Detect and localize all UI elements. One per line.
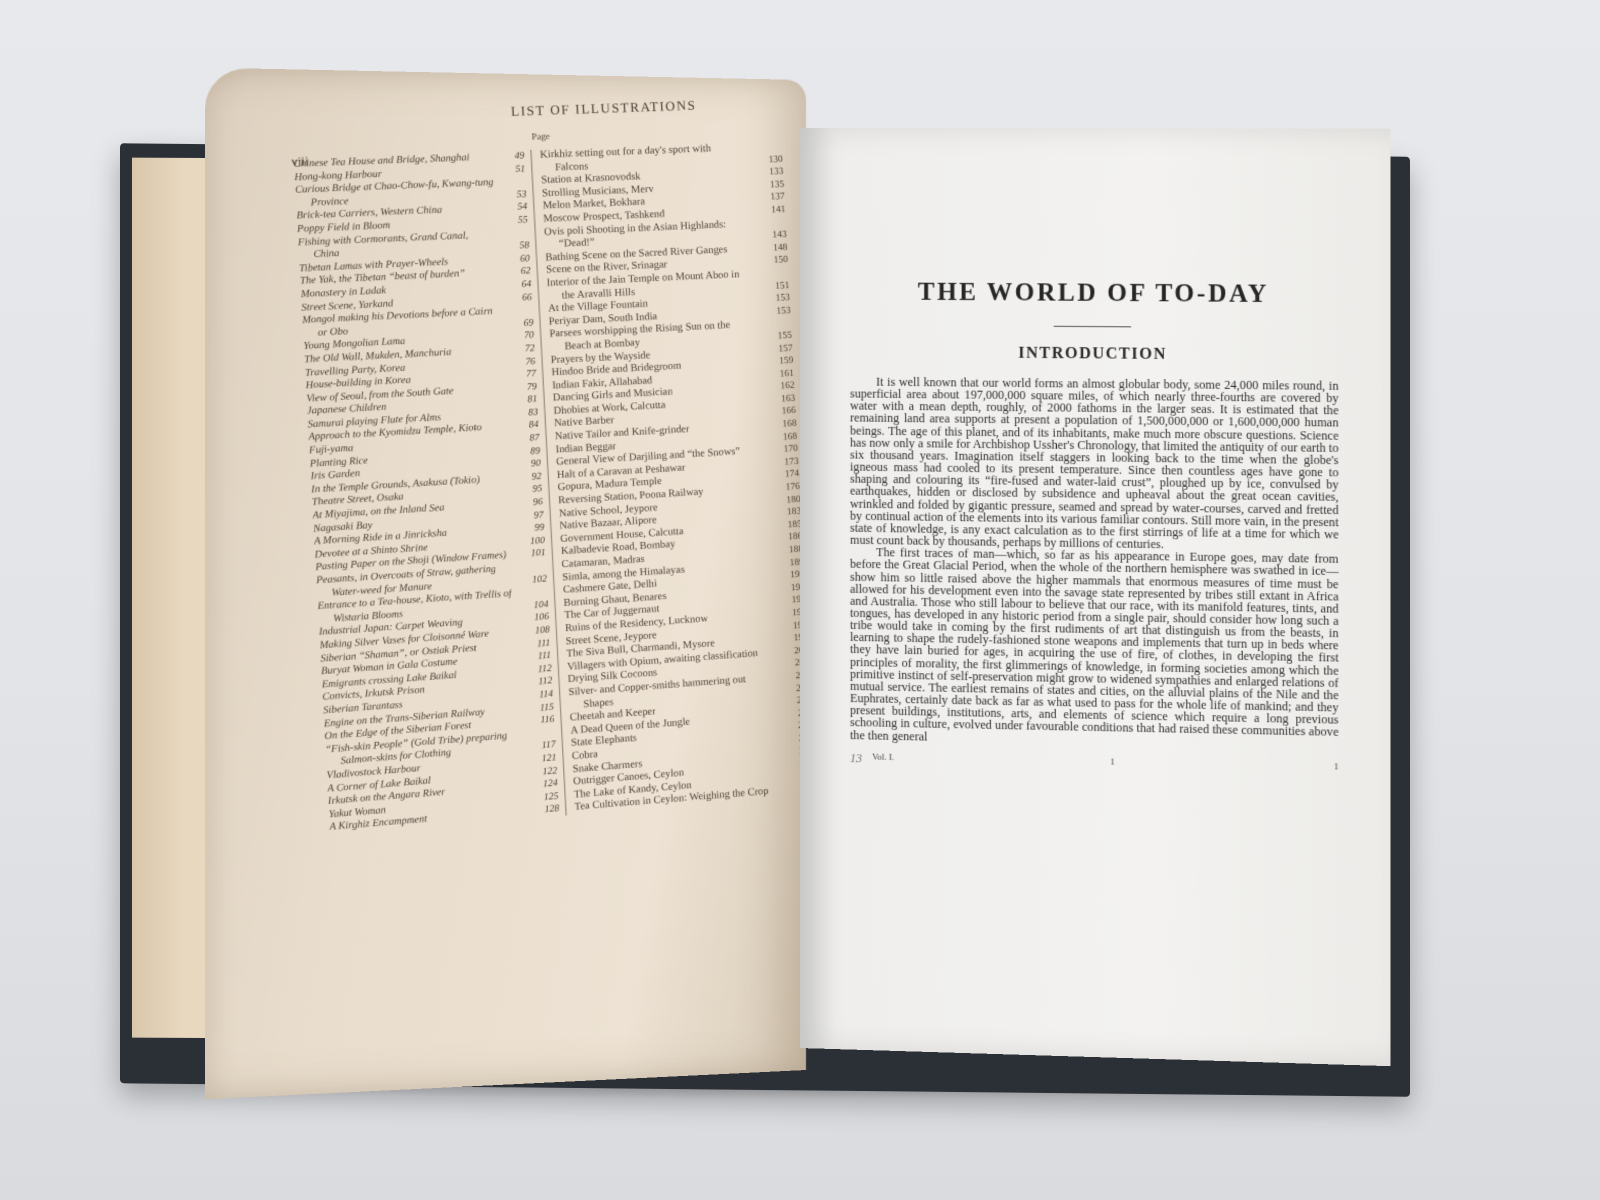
illustration-page: 141 [767, 204, 786, 217]
page-footer: 13 Vol. I. 1 1 [850, 751, 1339, 777]
illustration-page: 92 [527, 471, 542, 485]
illustration-page: 96 [529, 496, 544, 510]
illustration-page: 53 [512, 189, 527, 202]
illustration-page: 77 [522, 368, 537, 382]
illustration-page: 51 [511, 163, 526, 176]
illustrations-column-2: Kirkhiz setting out for a day's sport wi… [530, 141, 822, 816]
illustration-page: 99 [530, 522, 545, 536]
illustration-page: 90 [527, 458, 542, 472]
illustration-page: 49 [510, 150, 525, 163]
illustration-page: 84 [525, 419, 540, 433]
illustration-page: 155 [774, 330, 793, 344]
illustration-page: 163 [777, 393, 796, 407]
right-page: THE WORLD OF TO-DAY INTRODUCTION It is w… [800, 128, 1390, 1066]
illustration-page: 170 [779, 443, 798, 457]
paragraph: It is well known that our world forms an… [850, 375, 1339, 552]
illustration-page: 153 [772, 305, 791, 318]
illustration-page: 148 [769, 242, 788, 255]
illustration-page: 66 [518, 291, 533, 304]
illustration-page: 168 [779, 430, 798, 444]
illustration-page: 130 [764, 153, 783, 166]
illustration-page: 159 [775, 355, 794, 369]
illustration-page: 69 [519, 317, 534, 330]
illustration-page: 135 [766, 179, 785, 192]
illustration-page: 54 [513, 201, 528, 214]
introduction-text: THE WORLD OF TO-DAY INTRODUCTION It is w… [850, 278, 1339, 776]
illustration-page: 76 [521, 355, 536, 369]
paragraph: The first traces of man—which, so far as… [850, 546, 1339, 751]
illustration-page: 137 [766, 191, 785, 204]
left-page: LIST OF ILLUSTRATIONS viii Page Chinese … [205, 68, 806, 1100]
illustration-page: 173 [780, 456, 799, 470]
illustration-page: 55 [514, 214, 529, 227]
illustration-page: 81 [523, 394, 538, 408]
illustration-page: 62 [516, 266, 531, 279]
illustration-page: 176 [781, 481, 800, 495]
illustration-page: 153 [772, 292, 791, 305]
page-number: 1 [1334, 761, 1339, 776]
running-header: LIST OF ILLUSTRATIONS [418, 94, 787, 123]
illustration-page: 87 [525, 432, 540, 446]
illustration-page: 70 [520, 330, 535, 344]
illustration-page: 95 [528, 483, 543, 497]
list-of-illustrations: LIST OF ILLUSTRATIONS viii Page Chinese … [291, 94, 822, 834]
page-number: viii [291, 154, 309, 170]
title-rule [1054, 326, 1131, 328]
illustration-page: 83 [524, 407, 539, 421]
book-title: THE WORLD OF TO-DAY [850, 278, 1339, 309]
pencil-mark: 13 [850, 751, 862, 766]
illustration-page: 128 [540, 803, 559, 817]
illustrations-column-1: Chinese Tea House and Bridge, Shanghai49… [293, 150, 565, 835]
illustration-page: 183 [783, 506, 802, 520]
illustration-page: 143 [768, 229, 787, 242]
illustration-page: 157 [774, 342, 793, 356]
illustration-page: 166 [777, 405, 796, 419]
illustration-page: 161 [775, 368, 794, 382]
illustration-page: 180 [782, 493, 801, 507]
volume-label: Vol. I. [872, 751, 894, 767]
illustration-page: 111 [533, 637, 551, 651]
illustration-page: 97 [529, 509, 544, 523]
page-column-label: Page [531, 131, 550, 142]
illustration-page: 102 [528, 573, 547, 587]
illustration-page: 89 [526, 445, 541, 459]
illustration-page: 101 [526, 547, 545, 561]
illustration-page: 150 [770, 254, 789, 267]
illustration-page: 133 [765, 166, 784, 179]
illustration-page: 100 [526, 535, 545, 549]
illustration-page: 64 [517, 278, 532, 291]
signature-mark: 1 [894, 752, 1334, 777]
illustration-page: 58 [515, 240, 530, 253]
illustration-page: 79 [523, 381, 538, 395]
chapter-heading: INTRODUCTION [850, 343, 1339, 365]
photo-scene: LIST OF ILLUSTRATIONS viii Page Chinese … [0, 0, 1600, 1200]
illustration-page: 162 [776, 380, 795, 394]
illustration-page: 151 [771, 279, 790, 292]
illustration-page: 168 [778, 418, 797, 432]
illustration-page: 174 [781, 468, 800, 482]
illustration-page: 60 [516, 253, 531, 266]
illustration-page: 116 [536, 714, 555, 728]
illustration-page: 72 [520, 342, 535, 356]
